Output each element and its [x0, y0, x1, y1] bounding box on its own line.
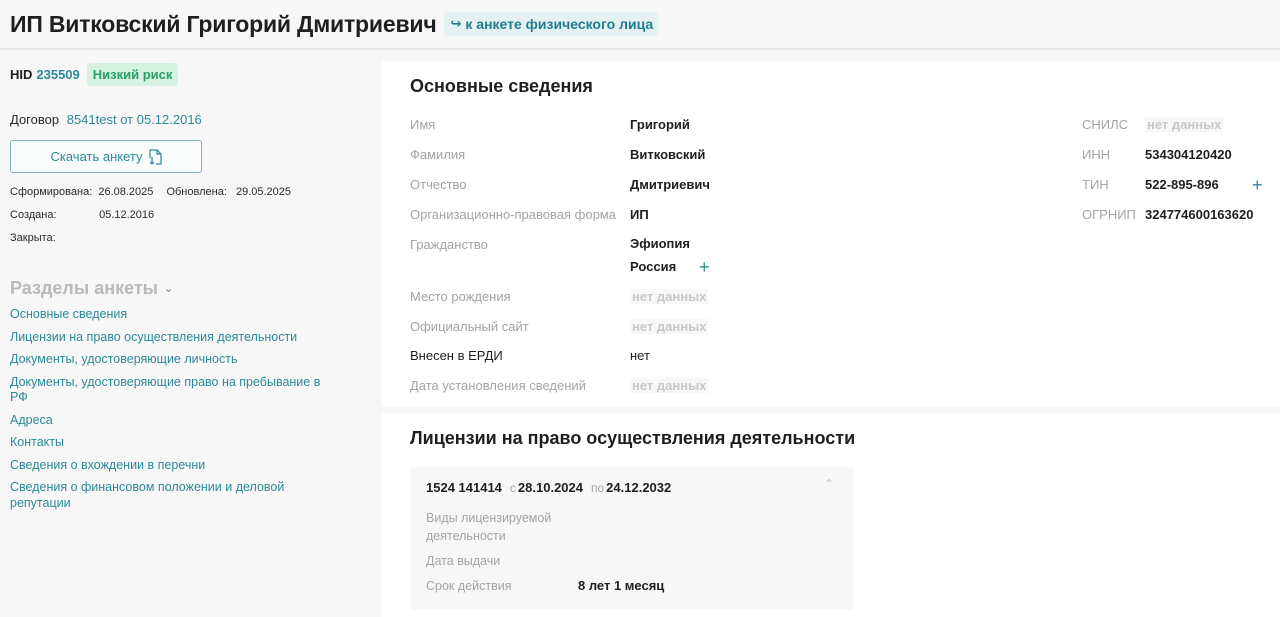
patronymic-value: Дмитриевич: [630, 177, 710, 192]
formed-updated-row: Сформирована: 26.08.2025 Обновлена: 29.0…: [10, 186, 291, 198]
license-to: 24.12.2032: [606, 480, 671, 495]
ogrnip-label: ОГРНИП: [1082, 207, 1136, 222]
redirect-arrow-icon: ↪: [450, 16, 461, 32]
add-citizenship-icon[interactable]: +: [699, 260, 710, 274]
nav-item-residence-docs[interactable]: Документы, удостоверяющие право на пребы…: [10, 375, 330, 406]
nav-item-addresses[interactable]: Адреса: [10, 413, 330, 429]
updated-value: 29.05.2025: [236, 186, 291, 198]
updated-label: Обновлена:: [166, 186, 226, 198]
snils-label: СНИЛС: [1082, 117, 1128, 132]
hid-label: HID: [10, 67, 32, 82]
main-info-title: Основные сведения: [410, 76, 593, 97]
download-form-button[interactable]: Скачать анкету: [10, 140, 202, 173]
chevron-down-icon: ⌄: [164, 282, 173, 295]
created-value: 05.12.2016: [99, 209, 154, 221]
nav-item-main-info[interactable]: Основные сведения: [10, 307, 330, 323]
risk-badge: Низкий риск: [87, 63, 179, 86]
legal-form-value: ИП: [630, 207, 649, 222]
back-to-person-link[interactable]: ↪ к анкете физического лица: [444, 12, 659, 36]
formed-value: 26.08.2025: [98, 186, 153, 198]
last-name-label: Фамилия: [410, 147, 465, 162]
license-kinds-label: Виды лицензируемой деятельности: [426, 509, 586, 545]
main-info-card: Основные сведения Имя Григорий Фамилия В…: [382, 61, 1280, 406]
first-name-label: Имя: [410, 117, 435, 132]
inn-label: ИНН: [1082, 147, 1110, 162]
tin-label: ТИН: [1082, 177, 1109, 192]
birthplace-value: нет данных: [630, 289, 708, 304]
license-issue-date-label: Дата выдачи: [426, 552, 586, 570]
license-number: 1524 141414: [426, 480, 502, 495]
nav-item-licenses[interactable]: Лицензии на право осуществления деятельн…: [10, 330, 330, 346]
first-name-value: Григорий: [630, 117, 690, 132]
sidebar: HID 235509 Низкий риск Договор 8541test …: [0, 52, 380, 617]
chevron-up-icon[interactable]: ⌃: [824, 477, 834, 491]
back-link-label: к анкете физического лица: [465, 16, 653, 32]
licenses-card: Лицензии на право осуществления деятельн…: [382, 413, 1280, 617]
created-label: Создана:: [10, 209, 96, 221]
citizenship-label: Гражданство: [410, 237, 488, 252]
ogrnip-value: 324774600163620: [1145, 207, 1253, 222]
inn-value: 534304120420: [1145, 147, 1232, 162]
citizenship-value-1: Эфиопия: [630, 236, 690, 251]
last-name-value: Витковский: [630, 147, 705, 162]
add-tin-icon[interactable]: +: [1252, 178, 1263, 192]
birthplace-label: Место рождения: [410, 289, 511, 304]
license-validity-label: Срок действия: [426, 577, 586, 595]
contract-row: Договор 8541test от 05.12.2016: [10, 112, 202, 127]
established-date-label: Дата установления сведений: [410, 378, 586, 393]
license-from-prefix: с: [510, 481, 516, 495]
established-date-value: нет данных: [630, 378, 708, 393]
snils-value: нет данных: [1145, 117, 1223, 132]
citizenship-value-2: Россия: [630, 259, 676, 274]
document-download-icon: [149, 149, 162, 165]
download-button-label: Скачать анкету: [50, 149, 142, 164]
sections-title: Разделы анкеты: [10, 278, 158, 299]
formed-label: Сформирована:: [10, 186, 92, 198]
sections-toggle[interactable]: Разделы анкеты ⌄: [10, 278, 173, 299]
page-title: ИП Витковский Григорий Дмитриевич: [10, 11, 436, 38]
erdi-label: Внесен в ЕРДИ: [410, 348, 503, 363]
license-validity-value: 8 лет 1 месяц: [578, 578, 664, 593]
contract-label: Договор: [10, 112, 59, 127]
license-from: 28.10.2024: [518, 480, 583, 495]
patronymic-label: Отчество: [410, 177, 467, 192]
website-label: Официальный сайт: [410, 319, 529, 334]
legal-form-label: Организационно-правовая форма: [410, 207, 616, 222]
tin-value: 522-895-896: [1145, 177, 1219, 192]
nav-item-financial[interactable]: Сведения о финансовом положении и делово…: [10, 480, 330, 511]
nav-item-contacts[interactable]: Контакты: [10, 435, 330, 451]
license-to-prefix: по: [591, 481, 604, 495]
license-item: 1524 141414 с 28.10.2024 по 24.12.2032 ⌃…: [410, 467, 854, 610]
nav-item-identity-docs[interactable]: Документы, удостоверяющие личность: [10, 352, 330, 368]
hid-value[interactable]: 235509: [36, 67, 79, 82]
erdi-value: нет: [630, 348, 650, 363]
created-row: Создана: 05.12.2016: [10, 209, 154, 221]
contract-link[interactable]: 8541test от 05.12.2016: [67, 112, 202, 127]
website-value: нет данных: [630, 319, 708, 334]
closed-label: Закрыта:: [10, 232, 56, 244]
closed-row: Закрыта:: [10, 232, 56, 244]
hid-row: HID 235509 Низкий риск: [10, 63, 178, 86]
nav-item-lists[interactable]: Сведения о вхождении в перечни: [10, 458, 330, 474]
page-header: ИП Витковский Григорий Дмитриевич ↪ к ан…: [0, 0, 1280, 50]
license-header: 1524 141414 с 28.10.2024 по 24.12.2032: [426, 480, 671, 495]
sections-nav: Основные сведения Лицензии на право осущ…: [10, 307, 330, 518]
licenses-title: Лицензии на право осуществления деятельн…: [410, 428, 855, 449]
